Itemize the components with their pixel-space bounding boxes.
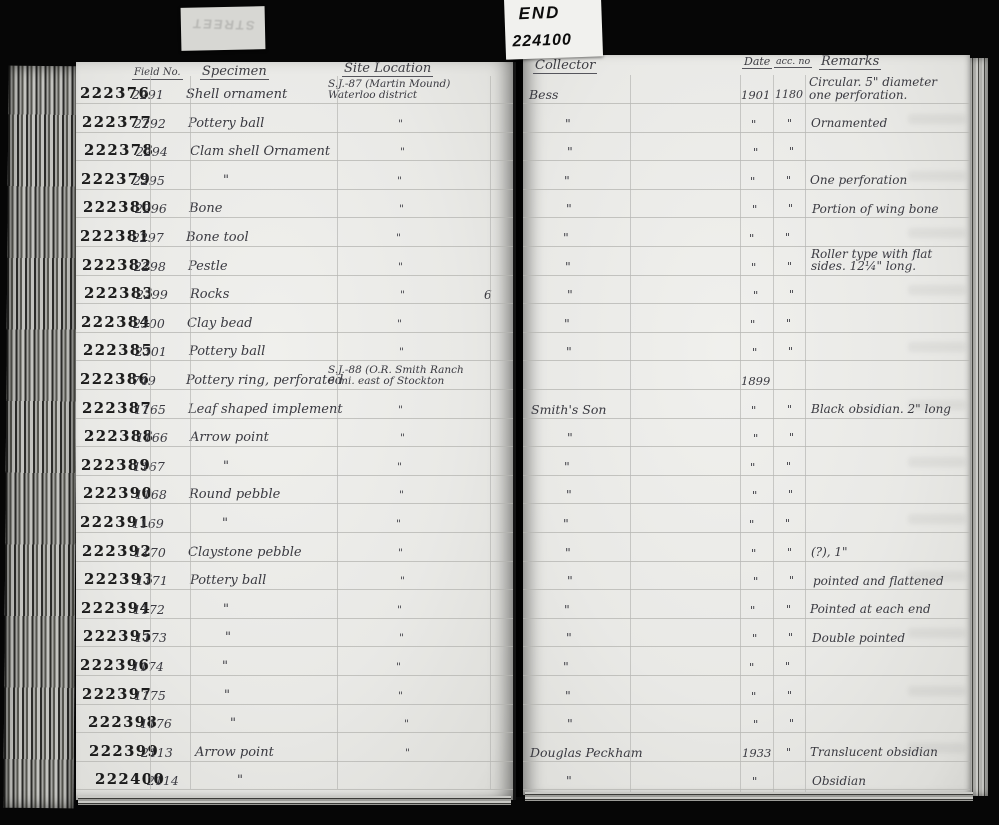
ruled-line (76, 646, 513, 647)
ditto-mark: " (751, 118, 756, 130)
ledger-left-page: Field No. Specimen Site Location 2223762… (76, 62, 516, 800)
ditto-mark: " (567, 432, 573, 444)
bleedthrough-smudge (908, 400, 966, 410)
remarks-entry: Obsidian (812, 775, 866, 788)
specimen-entry: Pottery ball (189, 346, 265, 358)
ruled-line (76, 704, 513, 705)
ditto-mark: " (400, 576, 405, 587)
ditto-mark: " (565, 690, 571, 702)
ditto-mark: " (396, 519, 401, 530)
column-rule (740, 75, 741, 795)
ditto-mark: " (399, 204, 404, 215)
ditto-mark: " (399, 347, 404, 358)
ledger-row: 2223981176"" (76, 706, 513, 732)
ditto-mark: " (751, 547, 756, 559)
ruled-line (76, 503, 513, 504)
column-rule (490, 76, 491, 789)
ditto-mark: " (567, 289, 573, 301)
date-entry: 1933 (742, 747, 771, 759)
ditto-mark: " (752, 489, 757, 501)
ditto-mark: " (566, 632, 572, 644)
ruled-line (76, 532, 513, 533)
ledger-row: """ (523, 649, 970, 675)
ditto-mark: " (749, 232, 754, 244)
ledger-row: 2223992113Arrow point" (76, 735, 513, 761)
ruled-line (76, 732, 513, 733)
ruled-line (76, 446, 513, 447)
page-stack-left-edge (3, 66, 78, 808)
ditto-mark: " (404, 719, 409, 730)
ledger-row: """ (523, 420, 970, 446)
ledger-row: 2223822298Pestle" (76, 249, 513, 275)
ditto-mark: " (752, 346, 757, 358)
ruled-line (76, 303, 513, 304)
ditto-mark: " (223, 175, 229, 187)
remarks-entry: Circular. 5" diameter one perforation. (809, 76, 937, 101)
bleedthrough-smudge (908, 228, 966, 238)
ditto-mark: " (788, 346, 793, 358)
ruled-line (76, 418, 513, 419)
ditto-mark: " (787, 690, 792, 702)
ditto-mark: " (788, 203, 793, 215)
ditto-mark: " (565, 547, 571, 559)
end-tab-number: 224100 (512, 31, 572, 51)
specimen-entry: Shell ornament (186, 89, 287, 101)
field-number: 2114 (147, 775, 179, 787)
specimen-entry: Bone (189, 203, 222, 215)
ledger-row: """ (523, 334, 970, 360)
ruled-line (76, 332, 513, 333)
ditto-mark: " (400, 147, 405, 158)
remarks-entry: Ornamented (811, 117, 887, 130)
specimen-entry: Pottery ring, perforated (186, 375, 343, 387)
specimen-entry: Arrow point (195, 747, 274, 759)
remarks-entry: Pointed at each end (810, 603, 931, 616)
page-stack-right-edge (970, 58, 988, 796)
ledger-right-page: Collector Date acc. no Remarks Bess19011… (523, 55, 970, 795)
ditto-mark: " (566, 775, 572, 787)
specimen-entry: Arrow point (190, 432, 269, 444)
ditto-mark: " (753, 575, 758, 587)
ditto-mark: " (564, 175, 570, 187)
ditto-mark: " (224, 690, 230, 702)
column-header-acc-no: acc. no (774, 57, 812, 68)
ledger-row: 2223961174"" (76, 649, 513, 675)
left-page-bottom-edge (78, 796, 511, 805)
ruled-line (523, 732, 970, 733)
column-header-date: Date (742, 56, 772, 69)
ruled-line (76, 789, 513, 790)
ditto-mark: " (750, 461, 755, 473)
ledger-row: """ (523, 706, 970, 732)
field-number: 2291 (132, 89, 164, 101)
ledger-row: """ (523, 506, 970, 532)
column-rule (805, 75, 806, 795)
ruled-line (523, 160, 970, 161)
ditto-mark: " (786, 461, 791, 473)
ruled-line (76, 589, 513, 590)
ditto-mark: " (752, 775, 757, 787)
ruled-line (523, 217, 970, 218)
field-number: 1169 (132, 518, 164, 530)
ruled-line (76, 389, 513, 390)
specimen-entry: Pestle (188, 261, 228, 273)
ditto-mark: " (399, 490, 404, 501)
ditto-mark: " (564, 318, 570, 330)
ruled-line (523, 418, 970, 419)
date-entry: 1899 (741, 375, 770, 387)
bleedthrough-smudge (908, 285, 966, 295)
ditto-mark: " (786, 747, 791, 759)
ditto-mark: " (750, 604, 755, 616)
column-rule (150, 76, 151, 789)
ditto-mark: " (751, 404, 756, 416)
ruled-line (76, 761, 513, 762)
bleedthrough-smudge (908, 628, 966, 638)
ditto-mark: " (789, 575, 794, 587)
ditto-mark: " (788, 489, 793, 501)
ledger-row: 2223852301Pottery ball" (76, 334, 513, 360)
ditto-mark: " (564, 604, 570, 616)
ditto-mark: " (567, 718, 573, 730)
ditto-mark: " (400, 290, 405, 301)
ditto-mark: " (237, 775, 243, 787)
ditto-mark: " (786, 175, 791, 187)
ledger-row: """Pointed at each end (523, 592, 970, 618)
ledger-row: """ (523, 449, 970, 475)
column-header-remarks: Remarks (819, 55, 881, 70)
ditto-mark: " (786, 604, 791, 616)
ditto-mark: " (753, 146, 758, 158)
ditto-mark: " (566, 346, 572, 358)
ledger-row: 2223941172"" (76, 592, 513, 618)
ditto-mark: " (787, 404, 792, 416)
right-page-bottom-edge (525, 792, 973, 801)
date-entry: 1901 (741, 89, 770, 101)
ledger-row: 2223901168Round pebble" (76, 477, 513, 503)
ledger-row: """ (523, 277, 970, 303)
ledger-row: 2223891167"" (76, 449, 513, 475)
ditto-mark: " (400, 433, 405, 444)
ruled-line (76, 561, 513, 562)
ditto-mark: " (749, 661, 754, 673)
ledger-row: 2223842300Clay bead" (76, 306, 513, 332)
ruled-line (523, 332, 970, 333)
field-number: 2294 (136, 146, 168, 158)
ruled-line (523, 503, 970, 504)
ditto-mark: " (787, 547, 792, 559)
ditto-mark: " (398, 691, 403, 702)
ditto-mark: " (225, 632, 231, 644)
paper-tab-end-marker: END 224100 (504, 0, 603, 60)
collector-entry: Bess (529, 89, 558, 101)
ditto-mark: " (753, 289, 758, 301)
ditto-mark: " (398, 119, 403, 130)
ditto-mark: " (785, 661, 790, 673)
ledger-row: 2223772292Pottery ball" (76, 106, 513, 132)
ruled-line (76, 675, 513, 676)
ruled-line (523, 446, 970, 447)
ditto-mark: " (230, 718, 236, 730)
collector-entry: Douglas Peckham (530, 747, 643, 759)
ditto-mark: " (753, 718, 758, 730)
ruled-line (76, 160, 513, 161)
ledger-row: 2223802296Bone" (76, 191, 513, 217)
field-number: 1167 (133, 461, 165, 473)
ditto-mark: " (397, 605, 402, 616)
bleedthrough-smudge (908, 171, 966, 181)
ditto-mark: " (751, 261, 756, 273)
specimen-entry: Leaf shaped implement (188, 404, 343, 416)
ledger-row: """(?), 1" (523, 535, 970, 561)
end-tab-label: END (518, 3, 561, 24)
ruled-line (76, 475, 513, 476)
ditto-mark: " (397, 462, 402, 473)
collector-entry: Smith's Son (531, 404, 606, 416)
ledger-row: """ (523, 220, 970, 246)
ledger-row: """Double pointed (523, 620, 970, 646)
field-number: 2113 (141, 747, 173, 759)
ledger-row: 2223762291Shell ornamentS.J.-87 (Martin … (76, 77, 513, 103)
ledger-row: 2223881166Arrow point" (76, 420, 513, 446)
ditto-mark: " (785, 232, 790, 244)
ditto-mark: " (567, 575, 573, 587)
ditto-mark: " (222, 661, 228, 673)
ditto-mark: " (566, 489, 572, 501)
specimen-entry: Bone tool (186, 232, 249, 244)
ruled-line (523, 761, 970, 762)
ledger-row: 2223931171Pottery ball" (76, 563, 513, 589)
ruled-line (523, 389, 970, 390)
ruled-line (76, 618, 513, 619)
ruled-line (76, 360, 513, 361)
ditto-mark: " (563, 232, 569, 244)
ditto-mark: " (563, 661, 569, 673)
ruled-line (523, 132, 970, 133)
field-number: 1172 (133, 604, 165, 616)
remarks-entry: One perforation (810, 174, 907, 187)
bleedthrough-smudge (908, 514, 966, 524)
ruled-line (523, 103, 970, 104)
ruled-line (76, 275, 513, 276)
field-number: 1166 (136, 432, 168, 444)
ditto-mark: " (565, 261, 571, 273)
paper-tab-street: STREET (181, 6, 266, 51)
ledger-row: """One perforation (523, 163, 970, 189)
ledger-row: 2223871165Leaf shaped implement" (76, 392, 513, 418)
ledger-row: 222386749Pottery ring, perforatedS.J.-88… (76, 363, 513, 389)
ruled-line (76, 246, 513, 247)
site-location-entry: S.J.-87 (Martin Mound) Waterloo district (328, 79, 450, 101)
field-number: 749 (132, 375, 156, 387)
column-rule (337, 76, 338, 789)
ledger-row: 2223951173"" (76, 620, 513, 646)
field-number: 2297 (132, 232, 164, 244)
field-number: 1176 (140, 718, 172, 730)
bleedthrough-smudge (908, 686, 966, 696)
ditto-mark: " (396, 662, 401, 673)
ruled-line (523, 275, 970, 276)
ditto-mark: " (563, 518, 569, 530)
specimen-entry: Clam shell Ornament (190, 146, 330, 158)
ditto-mark: " (750, 318, 755, 330)
remarks-entry: Portion of wing bone (812, 203, 939, 216)
ditto-mark: " (398, 262, 403, 273)
ditto-mark: " (566, 203, 572, 215)
ditto-mark: " (787, 261, 792, 273)
ledger-row: Smith's Son""Black obsidian. 2" long (523, 392, 970, 418)
ruled-line (76, 217, 513, 218)
ledger-row: Bess19011180Circular. 5" diameter one pe… (523, 77, 970, 103)
ledger-row: 2223792295"" (76, 163, 513, 189)
ledger-row: """ (523, 306, 970, 332)
ledger-row: 2224002114" (76, 763, 513, 789)
ditto-mark: " (789, 432, 794, 444)
ledger-scan: Field No. Specimen Site Location 2223762… (0, 0, 999, 825)
bleedthrough-smudge (908, 342, 966, 352)
ruled-line (523, 189, 970, 190)
field-number: 1171 (136, 575, 168, 587)
remarks-entry: Roller type with flat sides. 12¼" long. (811, 248, 932, 273)
remarks-entry: (?), 1" (811, 546, 848, 559)
ledger-row: """ (523, 477, 970, 503)
bleedthrough-smudge (908, 114, 966, 124)
specimen-entry: Claystone pebble (188, 547, 302, 559)
ruled-line (523, 589, 970, 590)
bleedthrough-smudge (908, 457, 966, 467)
specimen-entry: Pottery ball (188, 118, 264, 130)
ditto-mark: " (788, 632, 793, 644)
field-number: 2295 (133, 175, 165, 187)
site-location-entry: S.J.-88 (O.R. Smith Ranch 6 mi. east of … (328, 365, 464, 387)
ledger-row: 2223911169"" (76, 506, 513, 532)
ditto-mark: " (785, 518, 790, 530)
field-number: 2299 (136, 289, 168, 301)
ditto-mark: " (397, 176, 402, 187)
ditto-mark: " (753, 432, 758, 444)
bleedthrough-smudge (908, 743, 966, 753)
street-tab-ghost-text: STREET (181, 16, 266, 34)
ruled-line (523, 704, 970, 705)
ditto-mark: " (750, 175, 755, 187)
ditto-mark: " (223, 604, 229, 616)
ditto-mark: " (752, 203, 757, 215)
ledger-row: 1899 (523, 363, 970, 389)
ledger-row: ""Obsidian (523, 763, 970, 789)
ruled-line (523, 303, 970, 304)
ruled-line (76, 103, 513, 104)
ditto-mark: " (405, 748, 410, 759)
ditto-mark: " (786, 318, 791, 330)
ditto-mark: " (398, 405, 403, 416)
ruled-line (523, 646, 970, 647)
ruled-line (523, 475, 970, 476)
ruled-line (523, 789, 970, 790)
column-header-site-location: Site Location (342, 62, 433, 77)
bleedthrough-smudge (908, 571, 966, 581)
specimen-entry: Round pebble (189, 489, 280, 501)
ditto-mark: " (565, 118, 571, 130)
ditto-mark: " (789, 718, 794, 730)
ditto-mark: " (752, 632, 757, 644)
column-rule (773, 75, 774, 795)
ruled-line (76, 189, 513, 190)
field-number: 1174 (132, 661, 164, 673)
accession-number-entry: 1180 (775, 89, 803, 101)
ditto-mark: " (564, 461, 570, 473)
ledger-row: """pointed and flattened (523, 563, 970, 589)
specimen-entry: Pottery ball (190, 575, 266, 587)
ditto-mark: " (397, 319, 402, 330)
ledger-row: """ (523, 134, 970, 160)
ledger-row: """Portion of wing bone (523, 191, 970, 217)
ruled-line (523, 532, 970, 533)
ruled-line (523, 561, 970, 562)
ditto-mark: " (223, 461, 229, 473)
ruled-line (523, 618, 970, 619)
ditto-mark: " (398, 548, 403, 559)
ledger-row: """Roller type with flat sides. 12¼" lon… (523, 249, 970, 275)
ditto-mark: " (567, 146, 573, 158)
specimen-entry: Rocks (190, 289, 229, 301)
ledger-row: 2223782294Clam shell Ornament" (76, 134, 513, 160)
ditto-mark: " (749, 518, 754, 530)
remarks-entry: Double pointed (812, 632, 905, 645)
column-rule (190, 76, 191, 789)
ditto-mark: " (789, 146, 794, 158)
ruled-line (523, 675, 970, 676)
ditto-mark: " (787, 118, 792, 130)
ditto-mark: " (396, 233, 401, 244)
column-header-collector: Collector (533, 59, 597, 74)
ruled-line (76, 132, 513, 133)
ledger-row: 2223971175"" (76, 678, 513, 704)
field-number: 2300 (133, 318, 165, 330)
ledger-row: """Ornamented (523, 106, 970, 132)
ledger-row: 2223921170Claystone pebble" (76, 535, 513, 561)
ledger-row: 2223832299Rocks"6 (76, 277, 513, 303)
column-rule (630, 75, 631, 795)
ditto-mark: " (222, 518, 228, 530)
ditto-mark: " (399, 633, 404, 644)
ledger-row: Douglas Peckham1933"Translucent obsidian (523, 735, 970, 761)
ledger-row: """ (523, 678, 970, 704)
specimen-entry: Clay bead (187, 318, 252, 330)
ditto-mark: " (789, 289, 794, 301)
ledger-row: 2223812297Bone tool" (76, 220, 513, 246)
ditto-mark: " (751, 690, 756, 702)
ruled-line (523, 360, 970, 361)
